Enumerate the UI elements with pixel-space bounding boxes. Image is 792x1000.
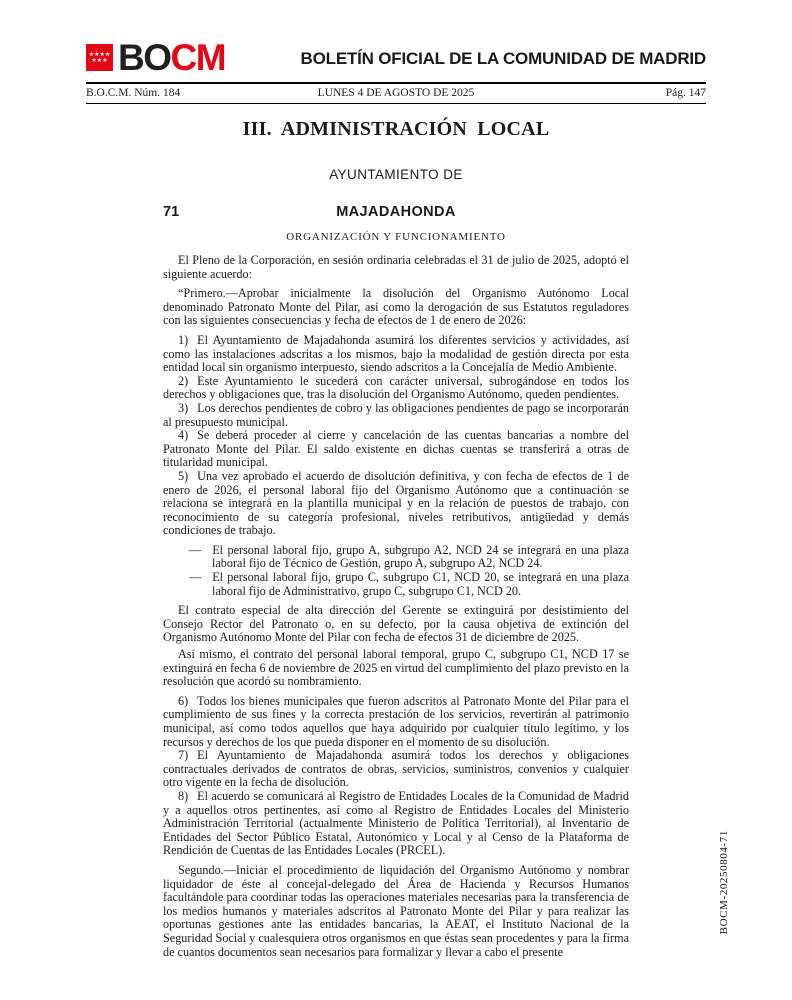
masthead-top-row: ★★★★ ★★★ BOCM BOLETÍN OFICIAL DE LA COMU… — [86, 40, 706, 71]
item-text: Se deberá proceder al cierre y cancelaci… — [163, 428, 629, 469]
municipality-row: 71 MAJADAHONDA — [163, 204, 629, 221]
bocm-logo: ★★★★ ★★★ BOCM — [86, 44, 225, 71]
item-number: 3) — [178, 401, 197, 415]
body-paragraph: El Pleno de la Corporación, en sesión or… — [163, 254, 629, 281]
item-text: Este Ayuntamiento le sucederá con caráct… — [163, 374, 629, 402]
item-text: El personal laboral fijo, grupo C, subgr… — [212, 570, 629, 598]
document-code-vertical: BOCM-20250804-71 — [718, 830, 730, 934]
item-text: El personal laboral fijo, grupo A, subgr… — [212, 543, 629, 571]
numbered-item: 5)Una vez aprobado el acuerdo de disoluc… — [163, 470, 629, 538]
masthead-title: BOLETÍN OFICIAL DE LA COMUNIDAD DE MADRI… — [301, 50, 706, 71]
item-text: El Ayuntamiento de Majadahonda asumirá l… — [163, 333, 629, 374]
item-number: 6) — [178, 694, 197, 708]
body-paragraph: El contrato especial de alta dirección d… — [163, 604, 629, 645]
item-number: 5) — [178, 469, 197, 483]
dash-marker: — — [189, 543, 212, 557]
masthead: ★★★★ ★★★ BOCM BOLETÍN OFICIAL DE LA COMU… — [86, 40, 706, 104]
body-paragraph: Segundo.—Iniciar el procedimiento de liq… — [163, 864, 629, 959]
document-content: III. ADMINISTRACIÓN LOCAL AYUNTAMIENTO D… — [163, 112, 629, 959]
body-paragraph: “Primero.—Aprobar inicialmente la disolu… — [163, 287, 629, 328]
logo-letters-cm: CM — [171, 37, 226, 78]
entity-heading: AYUNTAMIENTO DE — [163, 167, 629, 182]
numbered-item: 8)El acuerdo se comunicará al Registro d… — [163, 790, 629, 858]
numbered-item: 6)Todos los bienes municipales que fuero… — [163, 695, 629, 749]
section-title: III. ADMINISTRACIÓN LOCAL — [163, 118, 629, 140]
bocm-logo-text: BOCM — [118, 44, 225, 71]
item-text: El Ayuntamiento de Majadahonda asumirá t… — [163, 748, 629, 789]
numbered-item: 3)Los derechos pendientes de cobro y las… — [163, 402, 629, 429]
issue-date: LUNES 4 DE AGOSTO DE 2025 — [86, 87, 706, 99]
item-text: Una vez aprobado el acuerdo de disolució… — [163, 469, 629, 537]
logo-letters-bo: BO — [118, 37, 171, 78]
item-text: El acuerdo se comunicará al Registro de … — [163, 789, 629, 857]
issue-info-row: B.O.C.M. Núm. 184 LUNES 4 DE AGOSTO DE 2… — [86, 82, 706, 104]
gazette-page: ★★★★ ★★★ BOCM BOLETÍN OFICIAL DE LA COMU… — [0, 0, 792, 1000]
madrid-flag-icon: ★★★★ ★★★ — [86, 44, 113, 71]
dash-marker: — — [189, 570, 212, 584]
numbered-item: 1)El Ayuntamiento de Majadahonda asumirá… — [163, 334, 629, 375]
item-number: 4) — [178, 428, 197, 442]
dash-item: —El personal laboral fijo, grupo C, subg… — [163, 571, 629, 598]
item-number: 8) — [178, 789, 197, 803]
numbered-item: 7)El Ayuntamiento de Majadahonda asumirá… — [163, 749, 629, 790]
item-number: 1) — [178, 333, 197, 347]
dash-item: —El personal laboral fijo, grupo A, subg… — [163, 544, 629, 571]
item-number: 2) — [178, 374, 197, 388]
item-text: Todos los bienes municipales que fueron … — [163, 694, 629, 749]
item-number: 7) — [178, 748, 197, 762]
flag-stars-bottom: ★★★ — [91, 58, 107, 64]
numbered-item: 2)Este Ayuntamiento le sucederá con cará… — [163, 375, 629, 402]
municipality-heading: MAJADAHONDA — [163, 204, 629, 220]
body-text: El Pleno de la Corporación, en sesión or… — [163, 254, 629, 959]
body-paragraph: Así mismo, el contrato del personal labo… — [163, 648, 629, 689]
item-text: Los derechos pendientes de cobro y las o… — [163, 401, 629, 429]
numbered-item: 4)Se deberá proceder al cierre y cancela… — [163, 429, 629, 470]
announcement-number: 71 — [163, 204, 179, 220]
category-heading: ORGANIZACIÓN Y FUNCIONAMIENTO — [163, 231, 629, 243]
